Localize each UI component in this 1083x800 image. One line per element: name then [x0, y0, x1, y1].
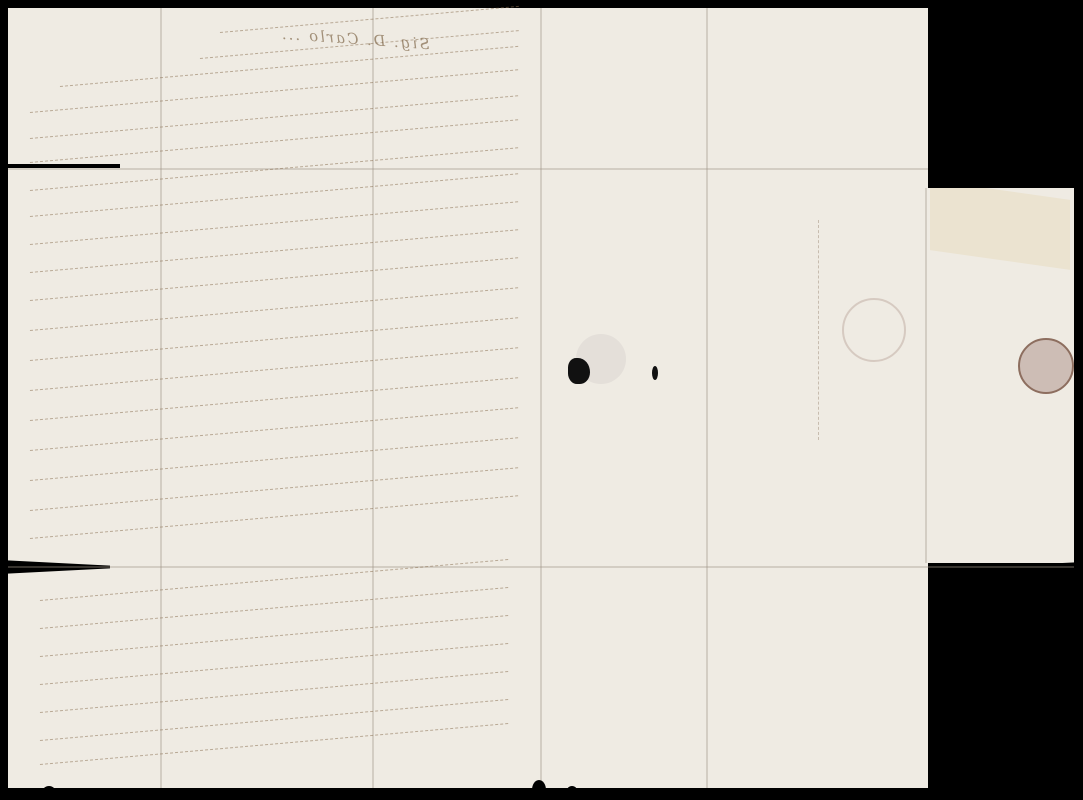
fold-line: [540, 8, 542, 788]
fold-line: [372, 8, 374, 788]
ink-hole-small: [652, 366, 658, 380]
fold-line: [160, 8, 162, 788]
tear-lower-right: [935, 562, 1083, 578]
postmark: [842, 298, 906, 362]
ink-hole: [568, 358, 590, 384]
bottom-notch: [1024, 786, 1040, 800]
bottom-notch: [42, 786, 56, 800]
fold-line: [706, 8, 708, 788]
fold-line: [8, 168, 928, 170]
wax-seal: [1018, 338, 1074, 394]
bottom-notch: [566, 786, 578, 800]
fold-line: [8, 566, 1074, 568]
top-right-cutout: [928, 0, 1083, 188]
bottom-notch: [532, 780, 546, 800]
address-endorsement: [818, 220, 821, 440]
fold-line: [925, 188, 927, 563]
